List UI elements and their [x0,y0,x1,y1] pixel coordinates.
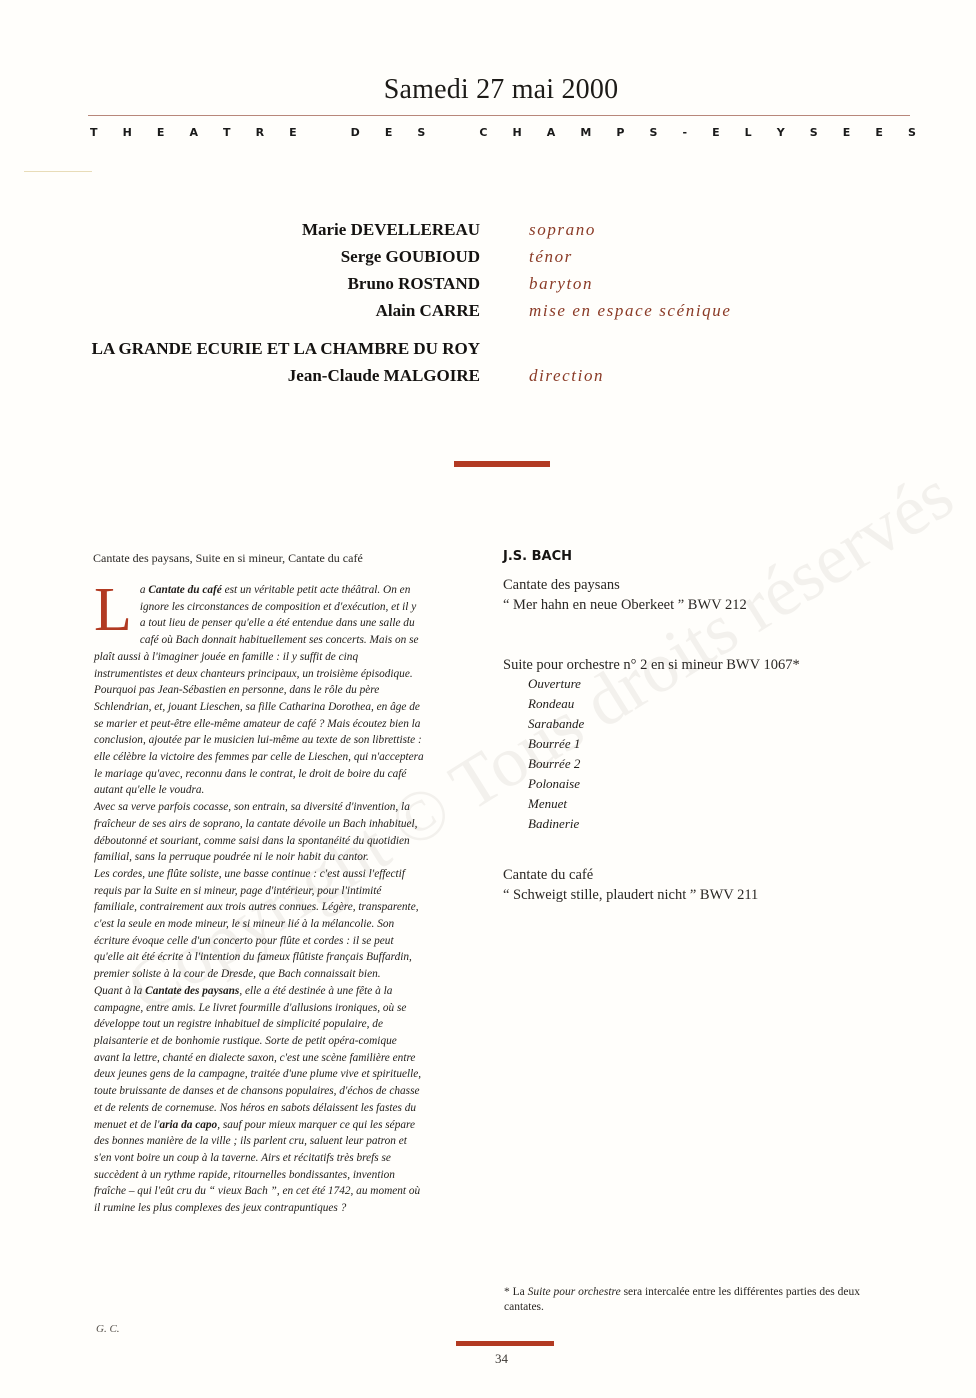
venue-letter: - [682,126,687,139]
footer-divider-bar [456,1341,554,1346]
venue-letter: S [649,126,657,139]
work-subtitle: “ Schweigt stille, plaudert nicht ” BWV … [503,885,758,905]
venue-letter: E [843,126,851,139]
performer-name: LA GRANDE ECURIE ET LA CHAMBRE DU ROY [92,339,480,359]
cast-row: LA GRANDE ECURIE ET LA CHAMBRE DU ROY [0,339,976,363]
performer-name: Serge GOUBIOUD [341,247,480,267]
movement-item: Bourrée 1 [528,736,580,752]
essay-paragraph: La Cantate du café est un véritable peti… [94,582,424,799]
page-number: 34 [495,1351,508,1367]
cast-row: Alain CARREmise en espace scénique [0,301,976,325]
cast-row: Serge GOUBIOUDténor [0,247,976,271]
work-title: Suite pour orchestre n° 2 en si mineur B… [503,655,800,675]
venue-letter: A [189,126,198,139]
performer-role: baryton [529,274,593,294]
venue-letter: S [417,126,425,139]
cast-row: Jean-Claude MALGOIREdirection [0,366,976,390]
page-title-date: Samedi 27 mai 2000 [0,74,976,106]
performer-role: soprano [529,220,596,240]
venue-letter: L [745,126,752,139]
venue-letter: M [580,126,591,139]
venue-letter: H [512,126,521,139]
cast-row: Marie DEVELLEREAUsoprano [0,220,976,244]
performer-role: mise en espace scénique [529,301,731,321]
venue-letter [450,126,454,139]
movement-item: Polonaise [528,776,580,792]
essay-paragraph: Les cordes, une flûte soliste, une basse… [94,866,424,983]
work-title: Cantate du café [503,865,593,885]
essay-paragraph: Avec sa verve parfois cocasse, son entra… [94,799,424,866]
venue-name: THEATRE DES CHAMPS-ELYSEES [90,126,916,139]
header-divider [88,115,910,116]
movement-item: Ouverture [528,676,581,692]
performer-name: Bruno ROSTAND [348,274,480,294]
author-signature: G. C. [96,1323,120,1335]
venue-letter: A [547,126,556,139]
footnote: * La Suite pour orchestre sera intercalé… [504,1285,884,1315]
venue-letter: E [289,126,297,139]
venue-letter: H [123,126,132,139]
movement-item: Sarabande [528,716,584,732]
work-title: Cantate des paysans [503,575,620,595]
venue-letter: E [875,126,883,139]
venue-letter: R [256,126,264,139]
venue-letter [322,126,326,139]
performer-name: Jean-Claude MALGOIRE [288,366,480,386]
essay-subtitle: Cantate des paysans, Suite en si mineur,… [93,551,363,566]
program-notes-essay: La Cantate du café est un véritable peti… [94,582,424,1217]
essay-paragraph: Quant à la Cantate des paysans, elle a é… [94,983,424,1217]
section-divider-bar [454,461,550,467]
venue-letter: Y [777,126,785,139]
performer-role: ténor [529,247,573,267]
movement-item: Badinerie [528,816,579,832]
movement-item: Bourrée 2 [528,756,580,772]
venue-letter: E [385,126,393,139]
composer-name: J.S. BACH [503,549,572,564]
venue-letter: T [90,126,98,139]
drop-cap: L [94,584,132,634]
venue-letter: T [223,126,231,139]
venue-letter: P [616,126,624,139]
cast-row: Bruno ROSTANDbaryton [0,274,976,298]
movement-item: Rondeau [528,696,574,712]
decorative-rule [24,171,92,172]
venue-letter: E [712,126,720,139]
work-subtitle: “ Mer hahn en neue Oberkeet ” BWV 212 [503,595,747,615]
venue-letter: S [810,126,818,139]
venue-letter: C [479,126,487,139]
venue-letter: E [157,126,165,139]
performer-role: direction [529,366,604,386]
venue-letter: S [908,126,916,139]
performer-name: Marie DEVELLEREAU [302,220,480,240]
movement-item: Menuet [528,796,567,812]
venue-letter: D [351,126,360,139]
performer-name: Alain CARRE [376,301,480,321]
